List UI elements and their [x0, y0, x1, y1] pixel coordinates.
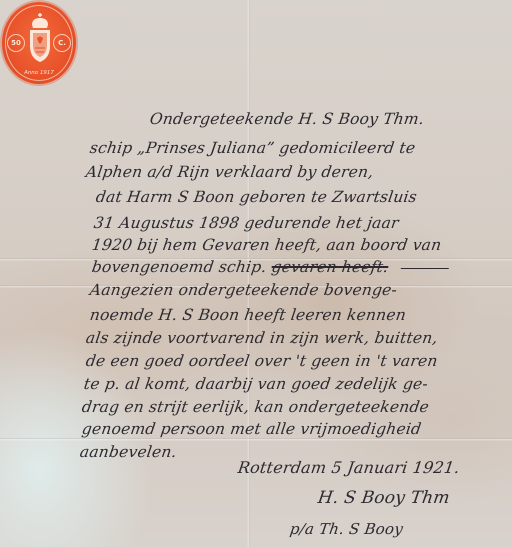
signature-primary: H. S Booy Thm	[317, 488, 451, 508]
body-line: te p. al komt, daarbij van goed zedelijk…	[83, 375, 429, 393]
body-line: Aangezien ondergeteekende bovenge-	[89, 281, 399, 299]
crowned-coat-of-arms-icon	[27, 12, 53, 66]
stamp-value-left: 50	[7, 34, 25, 52]
body-line: dat Harm S Boon geboren te Zwartsluis	[95, 188, 418, 206]
body-line: drag en strijt eerlijk, kan ondergeteeke…	[81, 398, 431, 416]
stamp-year: Anno 1917	[2, 70, 76, 76]
horizontal-fold-crease	[0, 438, 512, 441]
signature-secondary: p/a Th. S Booy	[289, 520, 405, 538]
body-line-with-strikethrough: bovengenoemd schip. gevaren heeft.	[91, 258, 451, 276]
stamp-value-right: C.	[53, 34, 71, 52]
body-line: als zijnde voortvarend in zijn werk, bui…	[85, 329, 439, 347]
revenue-stamp: 50 C. Anno 1917	[2, 2, 76, 84]
body-line: 1920 bij hem Gevaren heeft, aan boord va…	[91, 236, 443, 254]
body-line: de een goed oordeel over 't geen in 't v…	[85, 352, 439, 370]
line-filler-dash	[401, 268, 449, 269]
place-and-date: Rotterdam 5 Januari 1921.	[237, 458, 461, 477]
body-line: genoemd persoon met alle vrijmoedigheid	[81, 420, 423, 438]
body-line: Ondergeteekende H. S Booy Thm.	[149, 110, 426, 128]
struck-text: gevaren heeft.	[270, 258, 389, 276]
body-line: noemde H. S Boon heeft leeren kennen	[89, 306, 408, 324]
body-line: schip „Prinses Juliana” gedomicileerd te	[89, 139, 417, 157]
body-line: bovengenoemd schip.	[91, 258, 268, 276]
body-line: aanbevelen.	[79, 443, 178, 461]
body-line: Alphen a/d Rijn verklaard by deren,	[85, 163, 375, 181]
body-line: 31 Augustus 1898 gedurende het jaar	[93, 214, 400, 232]
